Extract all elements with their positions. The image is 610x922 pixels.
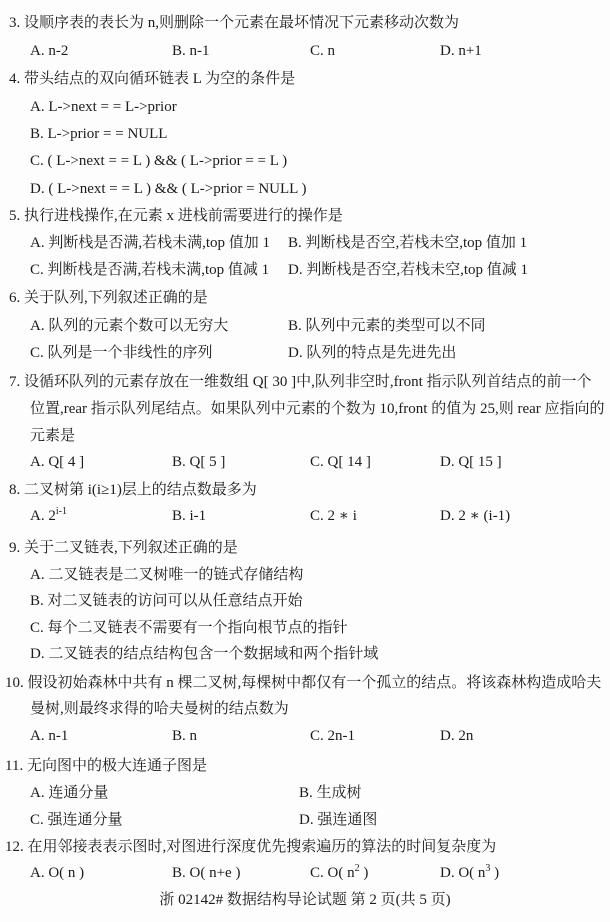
q8-option-b: B. i-1 bbox=[172, 505, 206, 527]
q11-options-row-2: C. 强连通分量 D. 强连通图 bbox=[0, 809, 610, 831]
q3-stem-line: 3. 设顺序表的表长为 n,则删除一个元素在最坏情况下元素移动次数为 bbox=[0, 12, 610, 34]
q9-option-d: D. 二叉链表的结点结构包含一个数据域和两个指针域 bbox=[30, 643, 378, 665]
q6-option-a: A. 队列的元素个数可以无穷大 bbox=[30, 315, 228, 337]
q11-stem: 11. 无向图中的极大连通子图是 bbox=[5, 755, 207, 777]
q8-option-a-exponent: i-1 bbox=[56, 506, 67, 517]
q3-option-b: B. n-1 bbox=[172, 40, 210, 62]
q11-option-b: B. 生成树 bbox=[299, 782, 362, 804]
q9-option-d-row: D. 二叉链表的结点结构包含一个数据域和两个指针域 bbox=[0, 643, 610, 665]
q11-option-c: C. 强连通分量 bbox=[30, 809, 123, 831]
q9-option-a: A. 二叉链表是二叉树唯一的链式存储结构 bbox=[30, 564, 303, 586]
q12-option-b: B. O( n+e ) bbox=[172, 862, 240, 884]
q7-stem-line-2: 位置,rear 指示队列尾结点。如果队列中元素的个数为 10,front 的值为… bbox=[0, 398, 610, 420]
q3-stem: 3. 设顺序表的表长为 n,则删除一个元素在最坏情况下元素移动次数为 bbox=[9, 12, 459, 34]
q5-options-row-1: A. 判断栈是否满,若栈未满,top 值加 1 B. 判断栈是否空,若栈未空,t… bbox=[0, 232, 610, 254]
q12-option-c: C. O( n2 ) bbox=[310, 862, 368, 884]
q12-option-d-base: D. O( n bbox=[440, 865, 485, 881]
q4-option-a-row: A. L->next = = L->prior bbox=[0, 96, 610, 118]
q6-options-row-1: A. 队列的元素个数可以无穷大 B. 队列中元素的类型可以不同 bbox=[0, 315, 610, 337]
q4-stem-line: 4. 带头结点的双向循环链表 L 为空的条件是 bbox=[0, 68, 610, 90]
q6-option-d: D. 队列的特点是先进先出 bbox=[288, 342, 456, 364]
q12-option-a: A. O( n ) bbox=[30, 862, 84, 884]
q12-options-row: A. O( n ) B. O( n+e ) C. O( n2 ) D. O( n… bbox=[0, 862, 610, 884]
q5-option-b: B. 判断栈是否空,若栈未空,top 值加 1 bbox=[288, 232, 527, 254]
q7-option-d: D. Q[ 15 ] bbox=[440, 451, 502, 473]
q9-stem: 9. 关于二叉链表,下列叙述正确的是 bbox=[9, 537, 238, 559]
q7-stem-line-3: 元素是 bbox=[0, 425, 610, 447]
q3-option-d: D. n+1 bbox=[440, 40, 482, 62]
q8-stem-line: 8. 二叉树第 i(i≥1)层上的结点数最多为 bbox=[0, 479, 610, 501]
q11-options-row-1: A. 连通分量 B. 生成树 bbox=[0, 782, 610, 804]
q12-option-d-close: ) bbox=[490, 865, 499, 881]
q9-option-c-row: C. 每个二叉链表不需要有一个指向根节点的指针 bbox=[0, 617, 610, 639]
q8-option-a: A. 2i-1 bbox=[30, 505, 67, 527]
q4-option-b: B. L->prior = = NULL bbox=[30, 123, 167, 145]
q8-option-a-base: A. 2 bbox=[30, 508, 56, 524]
q10-options-row: A. n-1 B. n C. 2n-1 D. 2n bbox=[0, 725, 610, 747]
q12-option-c-close: ) bbox=[360, 865, 369, 881]
q7-stem-1: 7. 设循环队列的元素存放在一维数组 Q[ 30 ]中,队列非空时,front … bbox=[9, 371, 591, 393]
q4-stem: 4. 带头结点的双向循环链表 L 为空的条件是 bbox=[9, 68, 295, 90]
q3-option-a: A. n-2 bbox=[30, 40, 68, 62]
q7-options-row: A. Q[ 4 ] B. Q[ 5 ] C. Q[ 14 ] D. Q[ 15 … bbox=[0, 451, 610, 473]
q10-stem-1: 10. 假设初始森林中共有 n 棵二叉树,每棵树中都仅有一个孤立的结点。将该森林… bbox=[5, 672, 601, 694]
q3-option-c: C. n bbox=[310, 40, 335, 62]
q10-option-d: D. 2n bbox=[440, 725, 473, 747]
q5-option-d: D. 判断栈是否空,若栈未空,top 值减 1 bbox=[288, 259, 528, 281]
q7-option-c: C. Q[ 14 ] bbox=[310, 451, 371, 473]
q11-option-a: A. 连通分量 bbox=[30, 782, 108, 804]
q10-option-a: A. n-1 bbox=[30, 725, 68, 747]
q6-option-b: B. 队列中元素的类型可以不同 bbox=[288, 315, 486, 337]
q9-option-b: B. 对二叉链表的访问可以从任意结点开始 bbox=[30, 590, 303, 612]
q12-stem-line: 12. 在用邻接表表示图时,对图进行深度优先搜索遍历的算法的时间复杂度为 bbox=[0, 836, 610, 858]
q4-option-c: C. ( L->next = = L ) && ( L->prior = = L… bbox=[30, 150, 287, 172]
q6-stem-line: 6. 关于队列,下列叙述正确的是 bbox=[0, 287, 610, 309]
q10-stem-2: 曼树,则最终求得的哈夫曼树的结点数为 bbox=[30, 698, 289, 720]
q7-stem-2: 位置,rear 指示队列尾结点。如果队列中元素的个数为 10,front 的值为… bbox=[30, 398, 605, 420]
q12-stem: 12. 在用邻接表表示图时,对图进行深度优先搜索遍历的算法的时间复杂度为 bbox=[5, 836, 496, 858]
q5-option-a: A. 判断栈是否满,若栈未满,top 值加 1 bbox=[30, 232, 270, 254]
q7-stem-3: 元素是 bbox=[30, 425, 75, 447]
q7-option-b: B. Q[ 5 ] bbox=[172, 451, 225, 473]
page-footer: 浙 02142# 数据结构导论试题 第 2 页(共 5 页) bbox=[0, 889, 610, 911]
q5-stem: 5. 执行进栈操作,在元素 x 进栈前需要进行的操作是 bbox=[9, 205, 343, 227]
q7-stem-line-1: 7. 设循环队列的元素存放在一维数组 Q[ 30 ]中,队列非空时,front … bbox=[0, 371, 610, 393]
q7-option-a: A. Q[ 4 ] bbox=[30, 451, 84, 473]
q6-option-c: C. 队列是一个非线性的序列 bbox=[30, 342, 213, 364]
q8-option-c: C. 2 ∗ i bbox=[310, 505, 357, 527]
q8-option-d: D. 2 ∗ (i-1) bbox=[440, 505, 510, 527]
q12-option-d: D. O( n3 ) bbox=[440, 862, 499, 884]
q4-option-d-row: D. ( L->next = = L ) && ( L->prior = NUL… bbox=[0, 178, 610, 200]
q10-stem-line-1: 10. 假设初始森林中共有 n 棵二叉树,每棵树中都仅有一个孤立的结点。将该森林… bbox=[0, 672, 610, 694]
page-footer-text: 浙 02142# 数据结构导论试题 第 2 页(共 5 页) bbox=[159, 892, 450, 908]
q5-option-c: C. 判断栈是否满,若栈未满,top 值减 1 bbox=[30, 259, 269, 281]
q12-option-c-base: C. O( n bbox=[310, 865, 355, 881]
q9-stem-line: 9. 关于二叉链表,下列叙述正确的是 bbox=[0, 537, 610, 559]
q9-option-c: C. 每个二叉链表不需要有一个指向根节点的指针 bbox=[30, 617, 348, 639]
q9-option-b-row: B. 对二叉链表的访问可以从任意结点开始 bbox=[0, 590, 610, 612]
q10-option-b: B. n bbox=[172, 725, 197, 747]
q4-option-b-row: B. L->prior = = NULL bbox=[0, 123, 610, 145]
q6-stem: 6. 关于队列,下列叙述正确的是 bbox=[9, 287, 208, 309]
q9-option-a-row: A. 二叉链表是二叉树唯一的链式存储结构 bbox=[0, 564, 610, 586]
q5-stem-line: 5. 执行进栈操作,在元素 x 进栈前需要进行的操作是 bbox=[0, 205, 610, 227]
q11-option-d: D. 强连通图 bbox=[299, 809, 377, 831]
exam-page: 3. 设顺序表的表长为 n,则删除一个元素在最坏情况下元素移动次数为 A. n-… bbox=[0, 0, 610, 922]
q10-option-c: C. 2n-1 bbox=[310, 725, 355, 747]
q8-options-row: A. 2i-1 B. i-1 C. 2 ∗ i D. 2 ∗ (i-1) bbox=[0, 505, 610, 527]
q6-options-row-2: C. 队列是一个非线性的序列 D. 队列的特点是先进先出 bbox=[0, 342, 610, 364]
q11-stem-line: 11. 无向图中的极大连通子图是 bbox=[0, 755, 610, 777]
q4-option-d: D. ( L->next = = L ) && ( L->prior = NUL… bbox=[30, 178, 307, 200]
q8-stem: 8. 二叉树第 i(i≥1)层上的结点数最多为 bbox=[9, 479, 257, 501]
q10-stem-line-2: 曼树,则最终求得的哈夫曼树的结点数为 bbox=[0, 698, 610, 720]
q4-option-a: A. L->next = = L->prior bbox=[30, 96, 177, 118]
q3-options-row: A. n-2 B. n-1 C. n D. n+1 bbox=[0, 40, 610, 62]
q4-option-c-row: C. ( L->next = = L ) && ( L->prior = = L… bbox=[0, 150, 610, 172]
q5-options-row-2: C. 判断栈是否满,若栈未满,top 值减 1 D. 判断栈是否空,若栈未空,t… bbox=[0, 259, 610, 281]
